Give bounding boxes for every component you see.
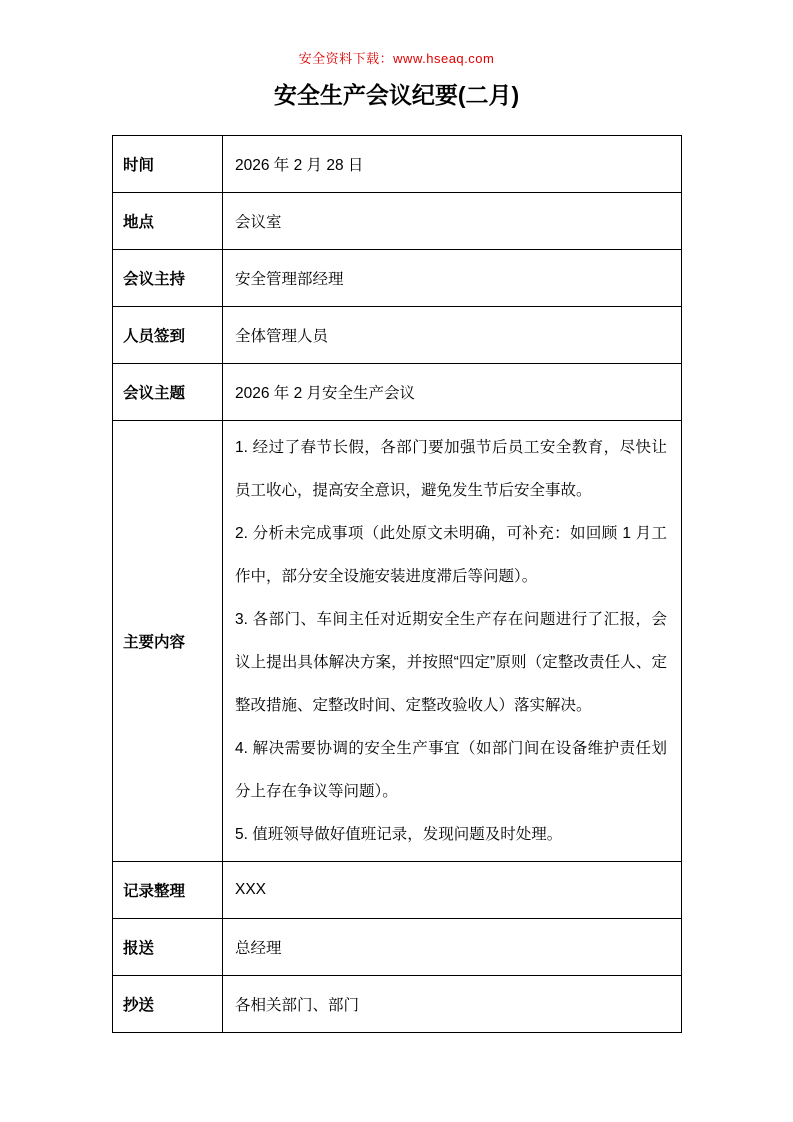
row-label-main-content: 主要内容 — [113, 421, 223, 862]
row-value-recorder: XXX — [223, 862, 682, 919]
row-value-report-to: 总经理 — [223, 919, 682, 976]
document-page: 安全资料下载：www.hseaq.com 安全生产会议纪要(二月) 时间 202… — [0, 0, 793, 1122]
row-value-time: 2026 年 2 月 28 日 — [223, 136, 682, 193]
content-item-3: 3. 各部门、车间主任对近期安全生产存在问题进行了汇报，会议上提出具体解决方案，… — [235, 598, 667, 727]
row-label-location: 地点 — [113, 193, 223, 250]
table-row-signin: 人员签到 全体管理人员 — [113, 307, 682, 364]
row-value-host: 安全管理部经理 — [223, 250, 682, 307]
download-source-note: 安全资料下载：www.hseaq.com — [0, 50, 793, 67]
meeting-minutes-table: 时间 2026 年 2 月 28 日 地点 会议室 会议主持 安全管理部经理 人… — [112, 135, 682, 1033]
content-item-1: 1. 经过了春节长假，各部门要加强节后员工安全教育，尽快让员工收心，提高安全意识… — [235, 426, 667, 512]
table-row-report-to: 报送 总经理 — [113, 919, 682, 976]
row-value-main-content: 1. 经过了春节长假，各部门要加强节后员工安全教育，尽快让员工收心，提高安全意识… — [223, 421, 682, 862]
content-item-5: 5. 值班领导做好值班记录，发现问题及时处理。 — [235, 813, 667, 856]
row-value-copy-to: 各相关部门、部门 — [223, 976, 682, 1033]
row-value-topic: 2026 年 2 月安全生产会议 — [223, 364, 682, 421]
row-value-location: 会议室 — [223, 193, 682, 250]
table-row-host: 会议主持 安全管理部经理 — [113, 250, 682, 307]
row-label-recorder: 记录整理 — [113, 862, 223, 919]
table-row-copy-to: 抄送 各相关部门、部门 — [113, 976, 682, 1033]
table-row-time: 时间 2026 年 2 月 28 日 — [113, 136, 682, 193]
row-label-host: 会议主持 — [113, 250, 223, 307]
table-row-location: 地点 会议室 — [113, 193, 682, 250]
row-value-signin: 全体管理人员 — [223, 307, 682, 364]
row-label-time: 时间 — [113, 136, 223, 193]
row-label-topic: 会议主题 — [113, 364, 223, 421]
table-row-topic: 会议主题 2026 年 2 月安全生产会议 — [113, 364, 682, 421]
content-item-2: 2. 分析未完成事项（此处原文未明确，可补充：如回顾 1 月工作中，部分安全设施… — [235, 512, 667, 598]
table-row-recorder: 记录整理 XXX — [113, 862, 682, 919]
row-label-signin: 人员签到 — [113, 307, 223, 364]
page-title: 安全生产会议纪要(二月) — [0, 80, 793, 110]
row-label-report-to: 报送 — [113, 919, 223, 976]
table-row-main-content: 主要内容 1. 经过了春节长假，各部门要加强节后员工安全教育，尽快让员工收心，提… — [113, 421, 682, 862]
row-label-copy-to: 抄送 — [113, 976, 223, 1033]
content-item-4: 4. 解决需要协调的安全生产事宜（如部门间在设备维护责任划分上存在争议等问题）。 — [235, 727, 667, 813]
